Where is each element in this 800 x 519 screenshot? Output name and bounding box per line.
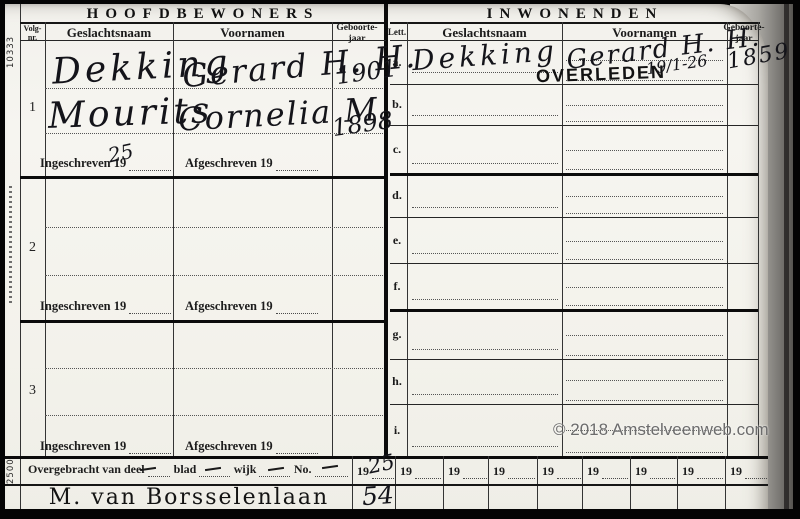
rule-i-first2 bbox=[566, 452, 723, 453]
footer-year-6: 19 bbox=[635, 464, 647, 479]
rule-e-first2 bbox=[566, 259, 723, 260]
rule-row1-line1 bbox=[45, 88, 383, 89]
scanned-register-card: 10333 2500 HOOFDBEWONERS INWONENDEN Volg… bbox=[0, 0, 800, 519]
footer-year-5: 19 bbox=[587, 464, 599, 479]
row3-ingeschreven-label: Ingeschreven 19 bbox=[40, 439, 126, 454]
row1-number: 1 bbox=[20, 100, 45, 116]
col-volgnr-line1: Volg- bbox=[24, 24, 42, 33]
rule-d-surname bbox=[412, 207, 558, 208]
row3-ingeschreven-dots bbox=[129, 442, 171, 454]
lett-g: g. bbox=[388, 327, 406, 342]
rule-h-surname bbox=[412, 394, 558, 395]
rule-b-surname bbox=[412, 115, 558, 116]
rule-footer-v0 bbox=[352, 456, 353, 509]
row1-afgeschreven-dots bbox=[276, 159, 318, 171]
footer-year-cell-8: 19 bbox=[730, 464, 767, 479]
rule-h-first2 bbox=[566, 400, 723, 401]
footer-year-1: 19 bbox=[400, 464, 412, 479]
lett-c: c. bbox=[388, 142, 406, 157]
row2-afgeschreven-label: Afgeschreven 19 bbox=[185, 299, 273, 314]
watermark: © 2018 Amstelveenweb.com bbox=[553, 420, 769, 440]
footer-year-1-dots bbox=[415, 467, 441, 479]
rule-right-edge bbox=[758, 22, 759, 456]
lett-d: d. bbox=[388, 188, 406, 203]
row3-afgeschreven: Afgeschreven 19 bbox=[185, 439, 318, 454]
col-geslachtsnaam-left: Geslachtsnaam bbox=[45, 26, 173, 41]
footer-year-8: 19 bbox=[730, 464, 742, 479]
footer-year-6-dots bbox=[650, 467, 675, 479]
form-number: 10333 bbox=[6, 20, 16, 68]
footer-year-8-dots bbox=[745, 467, 767, 479]
footer-year-cell-6: 19 bbox=[635, 464, 675, 479]
rule-c-first1 bbox=[566, 150, 723, 151]
rule-d-first2 bbox=[566, 213, 723, 214]
rule-footer-v3 bbox=[488, 456, 489, 509]
row1-ingeschreven: Ingeschreven 19 bbox=[40, 156, 171, 171]
street-name: M. van Borsselenlaan bbox=[28, 485, 350, 510]
rule-e-first1 bbox=[566, 241, 723, 242]
rule-row1-line2 bbox=[45, 133, 383, 134]
col-voornamen-left: Voornamen bbox=[173, 26, 332, 41]
row2-ingeschreven: Ingeschreven 19 bbox=[40, 299, 171, 314]
rule-g-first2 bbox=[566, 355, 723, 356]
scan-border-top bbox=[0, 0, 800, 4]
rule-footer-v7 bbox=[677, 456, 678, 509]
row1-afgeschreven: Afgeschreven 19 bbox=[185, 156, 318, 171]
printer-mark bbox=[9, 186, 12, 306]
scan-border-right bbox=[793, 0, 800, 519]
rule-col3-right bbox=[727, 22, 728, 456]
lett-e: e. bbox=[388, 233, 406, 248]
row2-ingeschreven-dots bbox=[129, 302, 171, 314]
footer-year-cell-1: 19 bbox=[400, 464, 441, 479]
rule-col2-right bbox=[562, 22, 563, 456]
scan-border-bottom bbox=[0, 509, 800, 519]
lett-h: h. bbox=[388, 374, 406, 389]
overgebracht-dots3 bbox=[259, 465, 289, 477]
rule-row2-bottom bbox=[20, 320, 386, 323]
rule-f-first1 bbox=[566, 287, 723, 288]
rule-row2-line2 bbox=[45, 275, 383, 276]
row2-ingeschreven-label: Ingeschreven 19 bbox=[40, 299, 126, 314]
footer-year-7: 19 bbox=[682, 464, 694, 479]
footer-year-5-dots bbox=[602, 467, 628, 479]
rule-sep-hi bbox=[390, 404, 758, 405]
rule-sep-de bbox=[390, 217, 758, 218]
rule-footer-v8 bbox=[725, 456, 726, 509]
rule-row3-line1 bbox=[45, 368, 383, 369]
rule-g-first1 bbox=[566, 335, 723, 336]
rule-sep-gh bbox=[390, 359, 758, 360]
rule-i-surname bbox=[412, 446, 558, 447]
rule-c-surname bbox=[412, 163, 558, 164]
row1-ingeschreven-year: 25 bbox=[106, 141, 135, 166]
print-run-number: 2500 bbox=[6, 448, 16, 484]
rule-title-right bbox=[390, 22, 760, 24]
row3-afgeschreven-dots bbox=[276, 442, 318, 454]
rule-footer-v5 bbox=[582, 456, 583, 509]
footer-year-cell-3: 19 bbox=[493, 464, 535, 479]
house-number: 54 bbox=[361, 482, 394, 509]
rule-g-surname bbox=[412, 349, 558, 350]
rule-sep-bc bbox=[390, 125, 758, 126]
rule-b-first1 bbox=[566, 105, 723, 106]
rule-e-surname bbox=[412, 253, 558, 254]
row3-ingeschreven: Ingeschreven 19 bbox=[40, 439, 171, 454]
rule-margin bbox=[20, 4, 21, 509]
wijk-label: wijk bbox=[234, 462, 257, 477]
lett-b: b. bbox=[388, 97, 406, 112]
footer-year-2-dots bbox=[463, 467, 487, 479]
rule-h-first1 bbox=[566, 380, 723, 381]
inwonenden-title: INWONENDEN bbox=[390, 6, 760, 23]
rule-row3-line2 bbox=[45, 415, 383, 416]
footer-year-3: 19 bbox=[493, 464, 505, 479]
rule-f-surname bbox=[412, 299, 558, 300]
row1-ingeschreven-dots bbox=[129, 159, 171, 171]
rule-footer-v4 bbox=[537, 456, 538, 509]
row3-afgeschreven-label: Afgeschreven 19 bbox=[185, 439, 273, 454]
scanner-bed-shadow bbox=[784, 0, 789, 519]
rule-d-first1 bbox=[566, 196, 723, 197]
hoofdbewoners-title: HOOFDBEWONERS bbox=[20, 6, 386, 23]
row2-afgeschreven-dots bbox=[276, 302, 318, 314]
rule-row1-bottom bbox=[20, 176, 386, 179]
blad-label: blad bbox=[174, 462, 197, 477]
footer-year-3-dots bbox=[508, 467, 535, 479]
footer-year-cell-5: 19 bbox=[587, 464, 628, 479]
rule-footer-v6 bbox=[630, 456, 631, 509]
row3-number: 3 bbox=[20, 383, 45, 399]
row1-afgeschreven-label: Afgeschreven 19 bbox=[185, 156, 273, 171]
rule-f-first2 bbox=[566, 305, 723, 306]
rule-row2-line1 bbox=[45, 227, 383, 228]
col-lett: Lett. bbox=[387, 27, 407, 37]
rule-sep-fg bbox=[390, 309, 758, 312]
footer-year-cell-4: 19 bbox=[542, 464, 581, 479]
rule-sep-cd bbox=[390, 173, 758, 176]
footer-year-first-value: 25 bbox=[366, 451, 397, 477]
rule-c-first2 bbox=[566, 169, 723, 170]
rule-sep-ef bbox=[390, 263, 758, 264]
lett-a: a. bbox=[388, 55, 406, 70]
footer-year-7-dots bbox=[697, 467, 723, 479]
rule-footer-v2 bbox=[443, 456, 444, 509]
footer-year-2: 19 bbox=[448, 464, 460, 479]
footer-year-4: 19 bbox=[542, 464, 554, 479]
rule-b-first2 bbox=[566, 121, 723, 122]
row2-afgeschreven: Afgeschreven 19 bbox=[185, 299, 318, 314]
footer-year-cell-7: 19 bbox=[682, 464, 723, 479]
rule-col1-right bbox=[407, 22, 408, 456]
lett-i: i. bbox=[388, 423, 406, 438]
lett-f: f. bbox=[388, 279, 406, 294]
col-geboortejaar-left-line1: Geboorte- bbox=[336, 23, 377, 33]
footer-year-4-dots bbox=[557, 467, 581, 479]
footer-year-cell-2: 19 bbox=[448, 464, 487, 479]
overgebracht-row: Overgebracht van deel blad wijk No. bbox=[28, 462, 348, 477]
scan-border-left bbox=[0, 0, 5, 519]
overgebracht-label: Overgebracht van deel bbox=[28, 462, 145, 477]
no-label: No. bbox=[294, 462, 312, 477]
rule-footer-v1 bbox=[395, 456, 396, 509]
row2-number: 2 bbox=[20, 240, 45, 256]
